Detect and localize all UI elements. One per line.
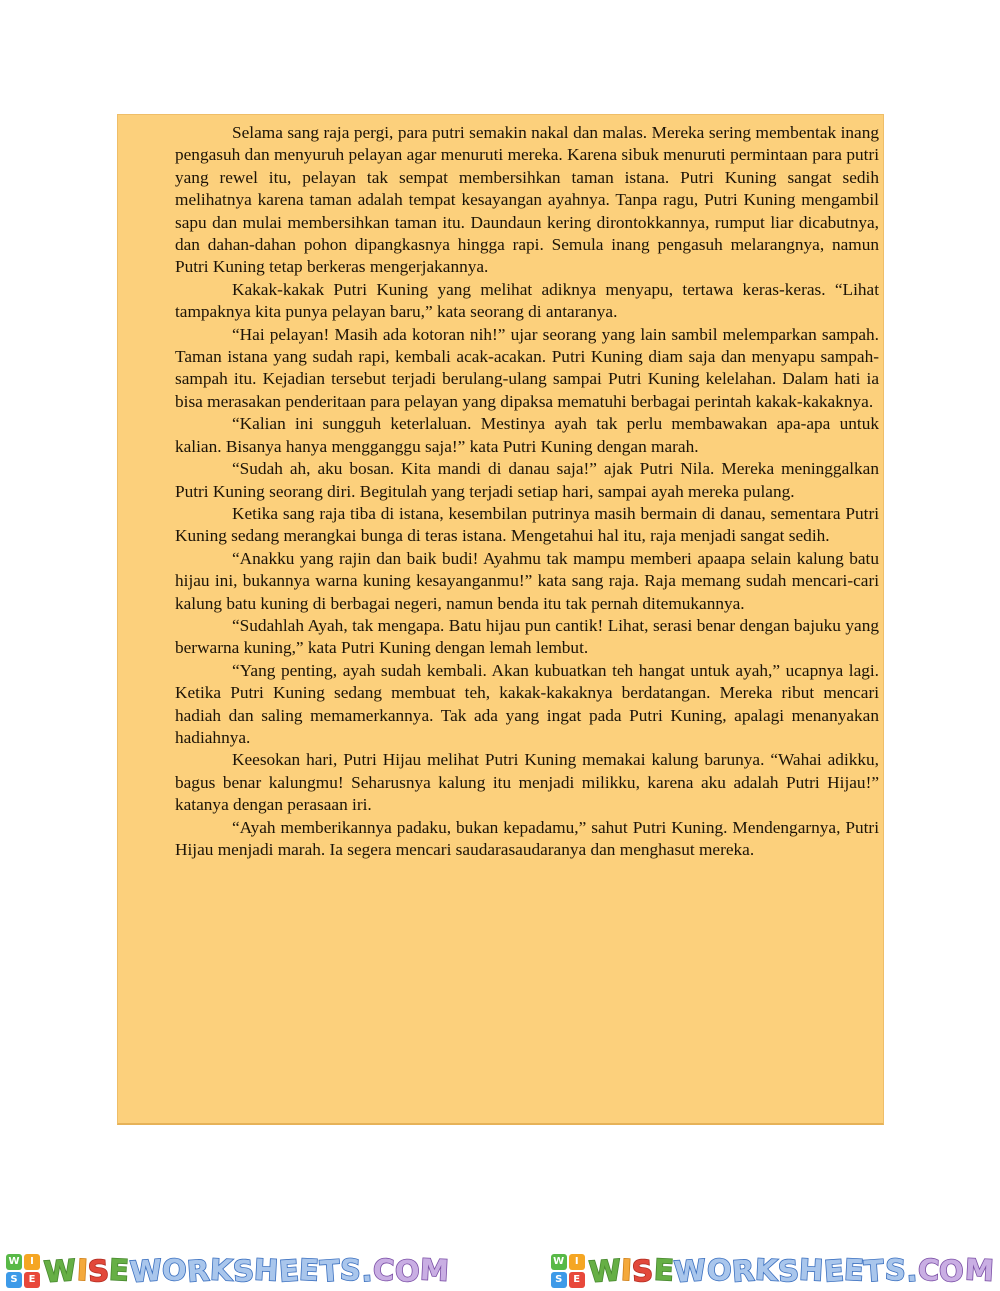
watermark-footer: WISE WISEWORKSHEETS.COM WISE WISEWORKSHE…	[0, 1250, 1000, 1291]
story-paragraph: “Sudah ah, aku bosan. Kita mandi di dana…	[175, 458, 879, 503]
wiseworksheets-wordmark: WISEWORKSHEETS.COM	[44, 1256, 449, 1285]
brand-letter: O	[394, 1256, 421, 1287]
brand-letter: E	[653, 1255, 675, 1285]
story-paragraph: “Hai pelayan! Masih ada kotoran nih!” uj…	[175, 324, 879, 414]
wise-tile-icon: WISE	[6, 1254, 40, 1288]
brand-letter: E	[823, 1256, 845, 1286]
brand-letter: C	[372, 1255, 395, 1285]
brand-letter: O	[706, 1255, 733, 1285]
brand-letter: C	[917, 1255, 940, 1285]
brand-letter: O	[939, 1256, 966, 1287]
story-paragraph: “Sudahlah Ayah, tak mengapa. Batu hijau …	[175, 615, 879, 660]
brand-letter: H	[798, 1255, 824, 1285]
brand-letter: I	[24, 1254, 40, 1270]
brand-letter: E	[843, 1255, 865, 1285]
brand-letter: W	[551, 1254, 567, 1270]
brand-letter: I	[569, 1254, 585, 1270]
brand-letter: M	[964, 1255, 995, 1285]
wiseworksheets-logo: WISE WISEWORKSHEETS.COM	[551, 1254, 994, 1288]
brand-letter: S	[777, 1256, 800, 1286]
brand-letter: T	[319, 1256, 341, 1286]
story-paragraph: “Yang penting, ayah sudah kembali. Akan …	[175, 660, 879, 750]
brand-letter: W	[6, 1254, 22, 1270]
brand-letter: E	[278, 1256, 300, 1286]
brand-letter: E	[24, 1272, 40, 1288]
brand-letter: S	[632, 1256, 655, 1286]
brand-letter: R	[731, 1256, 756, 1287]
wiseworksheets-logo: WISE WISEWORKSHEETS.COM	[6, 1254, 449, 1288]
story-paragraph: Selama sang raja pergi, para putri semak…	[175, 122, 879, 279]
brand-letter: W	[43, 1256, 77, 1287]
brand-letter: S	[339, 1255, 362, 1285]
brand-letter: E	[569, 1272, 585, 1288]
wise-tile-icon: WISE	[551, 1254, 585, 1288]
brand-letter: O	[161, 1255, 188, 1285]
brand-letter: W	[673, 1256, 707, 1287]
brand-letter: E	[299, 1255, 321, 1285]
story-paragraph: Kakak-kakak Putri Kuning yang melihat ad…	[175, 279, 879, 324]
brand-letter: S	[87, 1256, 110, 1286]
brand-letter: S	[884, 1255, 907, 1285]
brand-letter: W	[588, 1256, 622, 1287]
story-paragraph: “Kalian ini sungguh keterlaluan. Mestiny…	[175, 413, 879, 458]
brand-letter: S	[232, 1256, 255, 1286]
brand-letter: K	[754, 1255, 778, 1285]
story-paragraph: “Ayah memberikannya padaku, bukan kepada…	[175, 817, 879, 862]
brand-letter: R	[186, 1256, 211, 1287]
story-paragraph: Ketika sang raja tiba di istana, kesembi…	[175, 503, 879, 548]
story-paragraph: “Anakku yang rajin dan baik budi! Ayahmu…	[175, 548, 879, 615]
brand-letter: E	[108, 1255, 130, 1285]
brand-letter: H	[254, 1255, 280, 1285]
worksheet-page: Selama sang raja pergi, para putri semak…	[0, 0, 1000, 1291]
story-paragraph: Keesokan hari, Putri Hijau melihat Putri…	[175, 749, 879, 816]
brand-letter: K	[209, 1255, 233, 1285]
brand-letter: S	[6, 1272, 22, 1288]
brand-letter: W	[129, 1256, 163, 1287]
story-text-panel: Selama sang raja pergi, para putri semak…	[117, 114, 884, 1125]
brand-letter: S	[551, 1272, 567, 1288]
wiseworksheets-wordmark: WISEWORKSHEETS.COM	[589, 1256, 994, 1285]
brand-letter: M	[419, 1255, 450, 1285]
brand-letter: T	[864, 1256, 886, 1286]
